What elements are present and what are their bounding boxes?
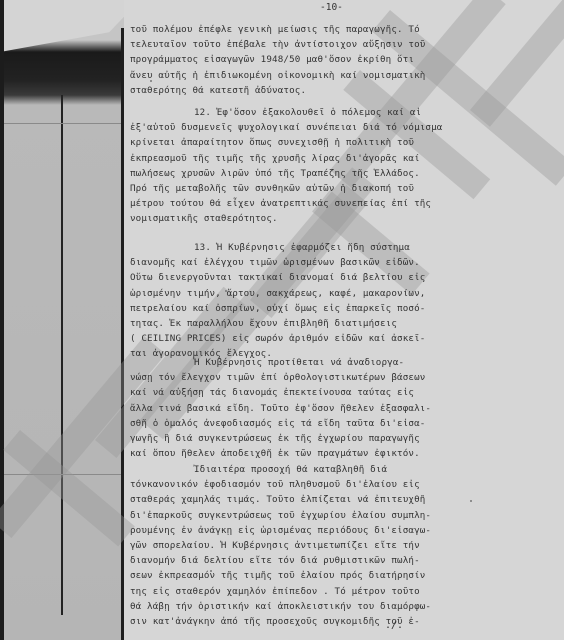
scan-speck [210,570,212,572]
page-edge [121,28,124,640]
text-line: σταθεράς χαμηλάς τιμάς. Τοῦτο ἐλπίζεται … [130,492,425,507]
text-line: νομισματικῆς σταθερότητος. [130,211,278,226]
text-line: της εἰς σταθερόν χαμηλόν ἐπίπεδον . Τό μ… [130,584,420,599]
text-line: κρίνεται ἀπαραίτητον ὅπως συνεχισθῇ ἡ πο… [130,135,414,150]
scan-speck [470,500,472,502]
text-line: σιν κατ'ἀνάγκην ἀπό τῆς προσεχοῦς συγκομ… [130,614,420,629]
text-line: πετρελαίου καί ὀσπρίων, οὐχί ὅμως εἰς ἐπ… [130,301,425,316]
text-line: Πρό τῆς μεταβολῆς τῶν συνθηκῶν αὐτῶν ἡ δ… [130,181,414,196]
text-line: διανομῆς καί ἐλέγχου τιμῶν ὡρισμένων βασ… [130,255,420,270]
text-line: πωλήσεως χρυσῶν λιρῶν ὑπό τῆς Τραπέζης τ… [130,166,420,181]
text-line: δι'ἐπαρκοῦς συγκεντρώσεως τοῦ ἐγχωρίου ἐ… [130,508,431,523]
text-line: γωγῆς ἢ διά συγκεντρώσεως ἐκ τῆς ἐγχωρίο… [130,431,420,446]
text-line: ἐξ'αὐτοῦ δυσμενεῖς ψυχολογικαί συνέπειαι… [130,120,442,135]
text-line: σταθερότης θά κατεστῆ ἀδύνατος. [130,83,306,98]
text-line: καί ὅπου ἤθελεν ἀποδειχθῆ ἐκ τῶν πραγμάτ… [130,446,420,461]
binding-faint-line [4,123,122,124]
text-line: ἄνευ αὐτῆς ἡ ἐπιδιωκομένη οἰκονομικὴ καί… [130,68,425,83]
text-line: σεων ἐκπρεασμόν τῆς τιμῆς τοῦ ἐλαίου πρό… [130,568,425,583]
text-line: ρουμένης ἐν ἀνάγκῃ εἰς ὡρισμένας περιόδο… [130,523,431,538]
binding-crease-line [61,95,63,615]
text-line: τοῦ πολέμου ἐπέφλε γενικὴ μείωσις τῆς πα… [130,22,420,37]
text-line: τελευταῖον τοῦτο ἐπέβαλε τὴν ἀντίστοιχον… [130,37,425,52]
text-line: προγράμματος εἰσαγωγῶν 1948/50 μαθ'ὅσον … [130,52,414,67]
text-line: καί νά αὐξήσῃ τάς διανομάς ἐπεκτείνουσα … [130,385,414,400]
text-line: νώσῃ τόν ἔλεγχον τιμῶν ἐπί ὀρθολογιστικω… [130,370,425,385]
continuation-mark: ./. [385,620,403,631]
text-line: μέτρου τούτου θά εἶχεν ἀνατρεπτικάς συνε… [130,196,431,211]
binding-edge [0,0,4,640]
page-number: -10- [320,2,343,13]
text-line: 13. Ἡ Κυβέρνησις ἐφαρμόζει ἤδη σύστημα [130,240,410,255]
scanned-document: -10- τοῦ πολέμου ἐπέφλε γενικὴ μείωσις τ… [0,0,564,640]
text-line: γῶν σπορελαίου. Ἡ Κυβέρνησις ἀντιμετωπίζ… [130,538,420,553]
text-line: ( CEILING PRICES) εἰς σωρόν ἀριθμόν εἰδῶ… [130,331,425,346]
text-line: Ἡ Κυβέρνησις προτίθεται νά ἀναδιοργα- [130,355,404,370]
text-line: ἄλλα τινά βασικά εἴδη. Τοῦτο ἐφ'ὅσον ἤθε… [130,401,431,416]
text-line: ἐκπρεασμοῦ τῆς τιμῆς τῆς χρυσῆς λίρας δι… [130,151,420,166]
text-line: διανομήν διά δελτίου εἴτε τόν διά ρυθμισ… [130,553,420,568]
text-line: τητας. Ἐκ παραλλήλου ἔχουν ἐπιβληθῆ διατ… [130,316,397,331]
text-line: Ἰδιαιτέρα προσοχή θά καταβληθῆ διά [130,462,387,477]
text-line: Οὕτω διενεργοῦνται τακτικαί διανομαί διά… [130,270,425,285]
text-line: 12. Ἐφ'ὅσον ἐξακολουθεῖ ὁ πόλεμος καί αἱ [130,105,421,120]
text-line: τόνκανονικόν ἐφοδιασμόν τοῦ πληθυσμοῦ δι… [130,477,420,492]
scan-speck [225,290,227,292]
text-line: ὡρισμένην τιμήν, ἄρτου, σακχάρεως, καφέ,… [130,286,425,301]
scan-speck [150,80,152,82]
text-line: θά λάβῃ τήν ὁριστικήν καί ἀποκλειστικήν … [130,599,431,614]
text-line: σθῆ ὁ ὁμαλός ἀνεφοδιασμός εἰς τά εἴδη τα… [130,416,425,431]
